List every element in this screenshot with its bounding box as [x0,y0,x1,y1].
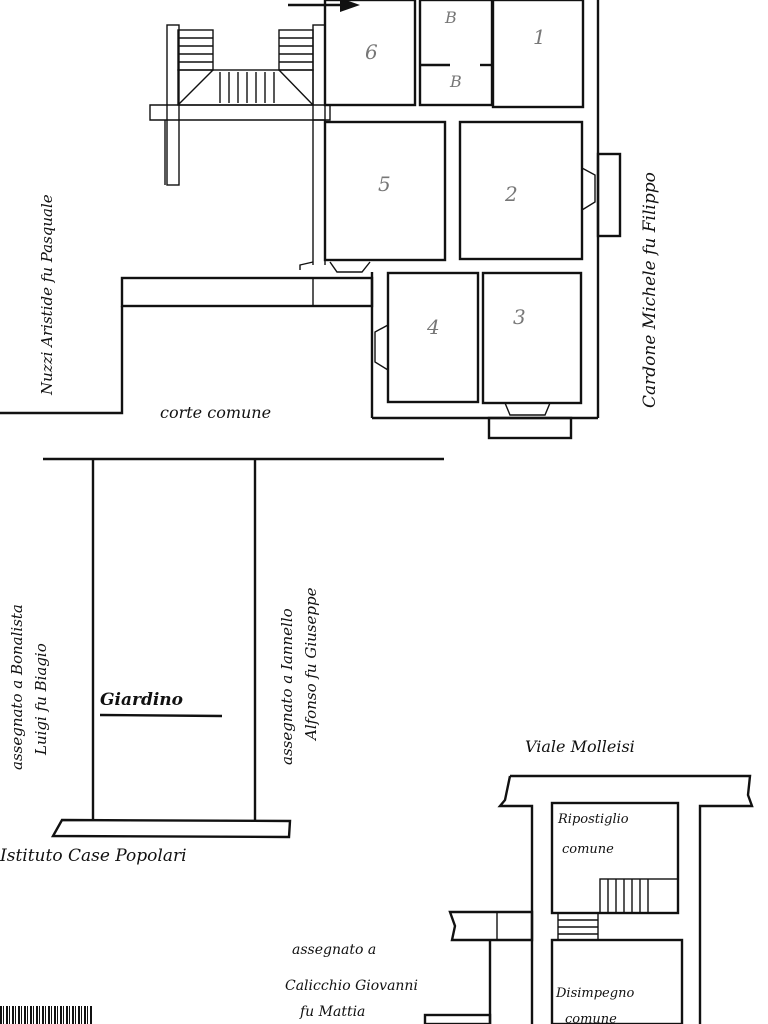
room-label-8: B [450,72,462,91]
staircase [150,25,330,185]
room-label-2: 2 [505,182,518,206]
room-label-3: 3 [513,305,526,329]
storage-label-line2: comune [562,842,614,857]
room-label-7: B [445,8,457,27]
east-neighbor-label: Cardone Michele fu Filippo [640,172,660,408]
garden-left-owner-line2: Luigi fu Biagio [32,643,50,755]
garden-right-owner-line1: assegnato a Iannello [278,608,296,765]
assigned-label-line3: fu Mattia [300,1004,365,1020]
room-label-5: 5 [378,172,391,196]
hall-label-line2: comune [565,1012,617,1024]
hall-label-line1: Disimpegno [556,986,634,1001]
south-owner-label: Istituto Case Popolari [0,846,187,866]
street-label: Viale Molleisi [525,737,635,756]
barcode [0,1006,92,1024]
garden-left-owner-line1: assegnato a Bonalista [8,604,26,770]
garden-plot [43,459,444,837]
courtyard-label: corte comune [160,403,271,422]
room-label-1: 1 [533,25,546,49]
west-neighbor-label: Nuzzi Aristide fu Pasquale [38,194,56,395]
apartment-walls [0,0,620,438]
assigned-label-line1: assegnato a [292,942,376,958]
garden-label: Giardino [100,690,183,710]
room-label-4: 4 [427,315,440,339]
storage-label-line1: Ripostiglio [558,812,629,827]
assigned-label-line2: Calicchio Giovanni [285,978,418,994]
garden-right-owner-line2: Alfonso fu Giuseppe [302,588,320,740]
floor-plan-drawing [0,0,768,1024]
room-label-6: 6 [365,40,378,64]
